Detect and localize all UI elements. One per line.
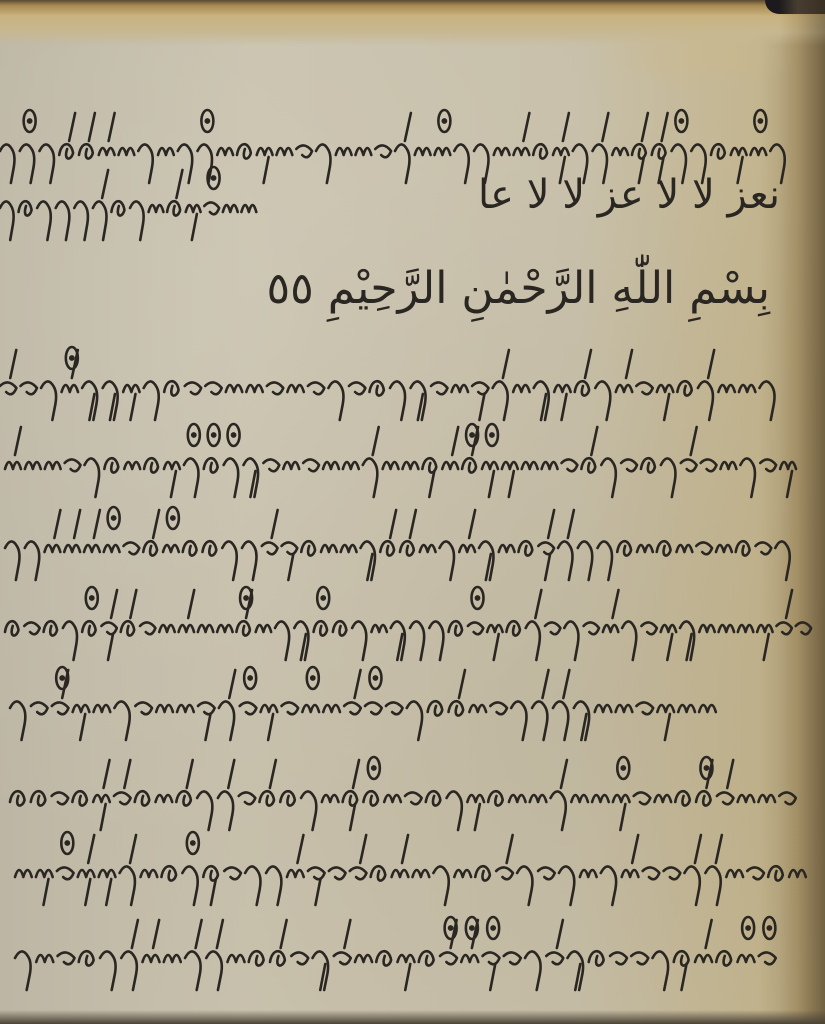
- bottom-edge: [0, 1010, 825, 1024]
- manuscript-line-6: [0, 510, 825, 580]
- arabic-inscription: نعز لا لا عز لا لا عا: [478, 172, 780, 218]
- manuscript-line-11: [0, 920, 825, 990]
- handwritten-glyphs: [0, 835, 825, 925]
- handwritten-glyphs: [0, 920, 825, 1010]
- handwritten-glyphs: [0, 510, 825, 600]
- manuscript-line-7: [0, 590, 825, 660]
- basmala-text: بِسْمِ اللّٰهِ الرَّحْمٰنِ الرَّحِيْمِ ٥…: [267, 263, 771, 314]
- paper-stain: [600, 20, 800, 90]
- handwritten-glyphs: [0, 427, 825, 517]
- manuscript-line-4: [0, 350, 825, 420]
- manuscript-line-9: [0, 760, 825, 830]
- manuscript-line-8: [0, 670, 825, 740]
- manuscript-line-5: [0, 427, 825, 497]
- handwritten-glyphs: [0, 590, 825, 680]
- manuscript-line-10: [0, 835, 825, 905]
- manuscript-line-3: بِسْمِ اللّٰهِ الرَّحْمٰنِ الرَّحِيْمِ ٥…: [0, 255, 825, 325]
- manuscript-page: نعز لا لا عز لا لا عابِسْمِ اللّٰهِ الرَ…: [0, 0, 825, 1024]
- handwritten-glyphs: [0, 670, 825, 760]
- manuscript-line-2: نعز لا لا عز لا لا عا: [0, 170, 825, 240]
